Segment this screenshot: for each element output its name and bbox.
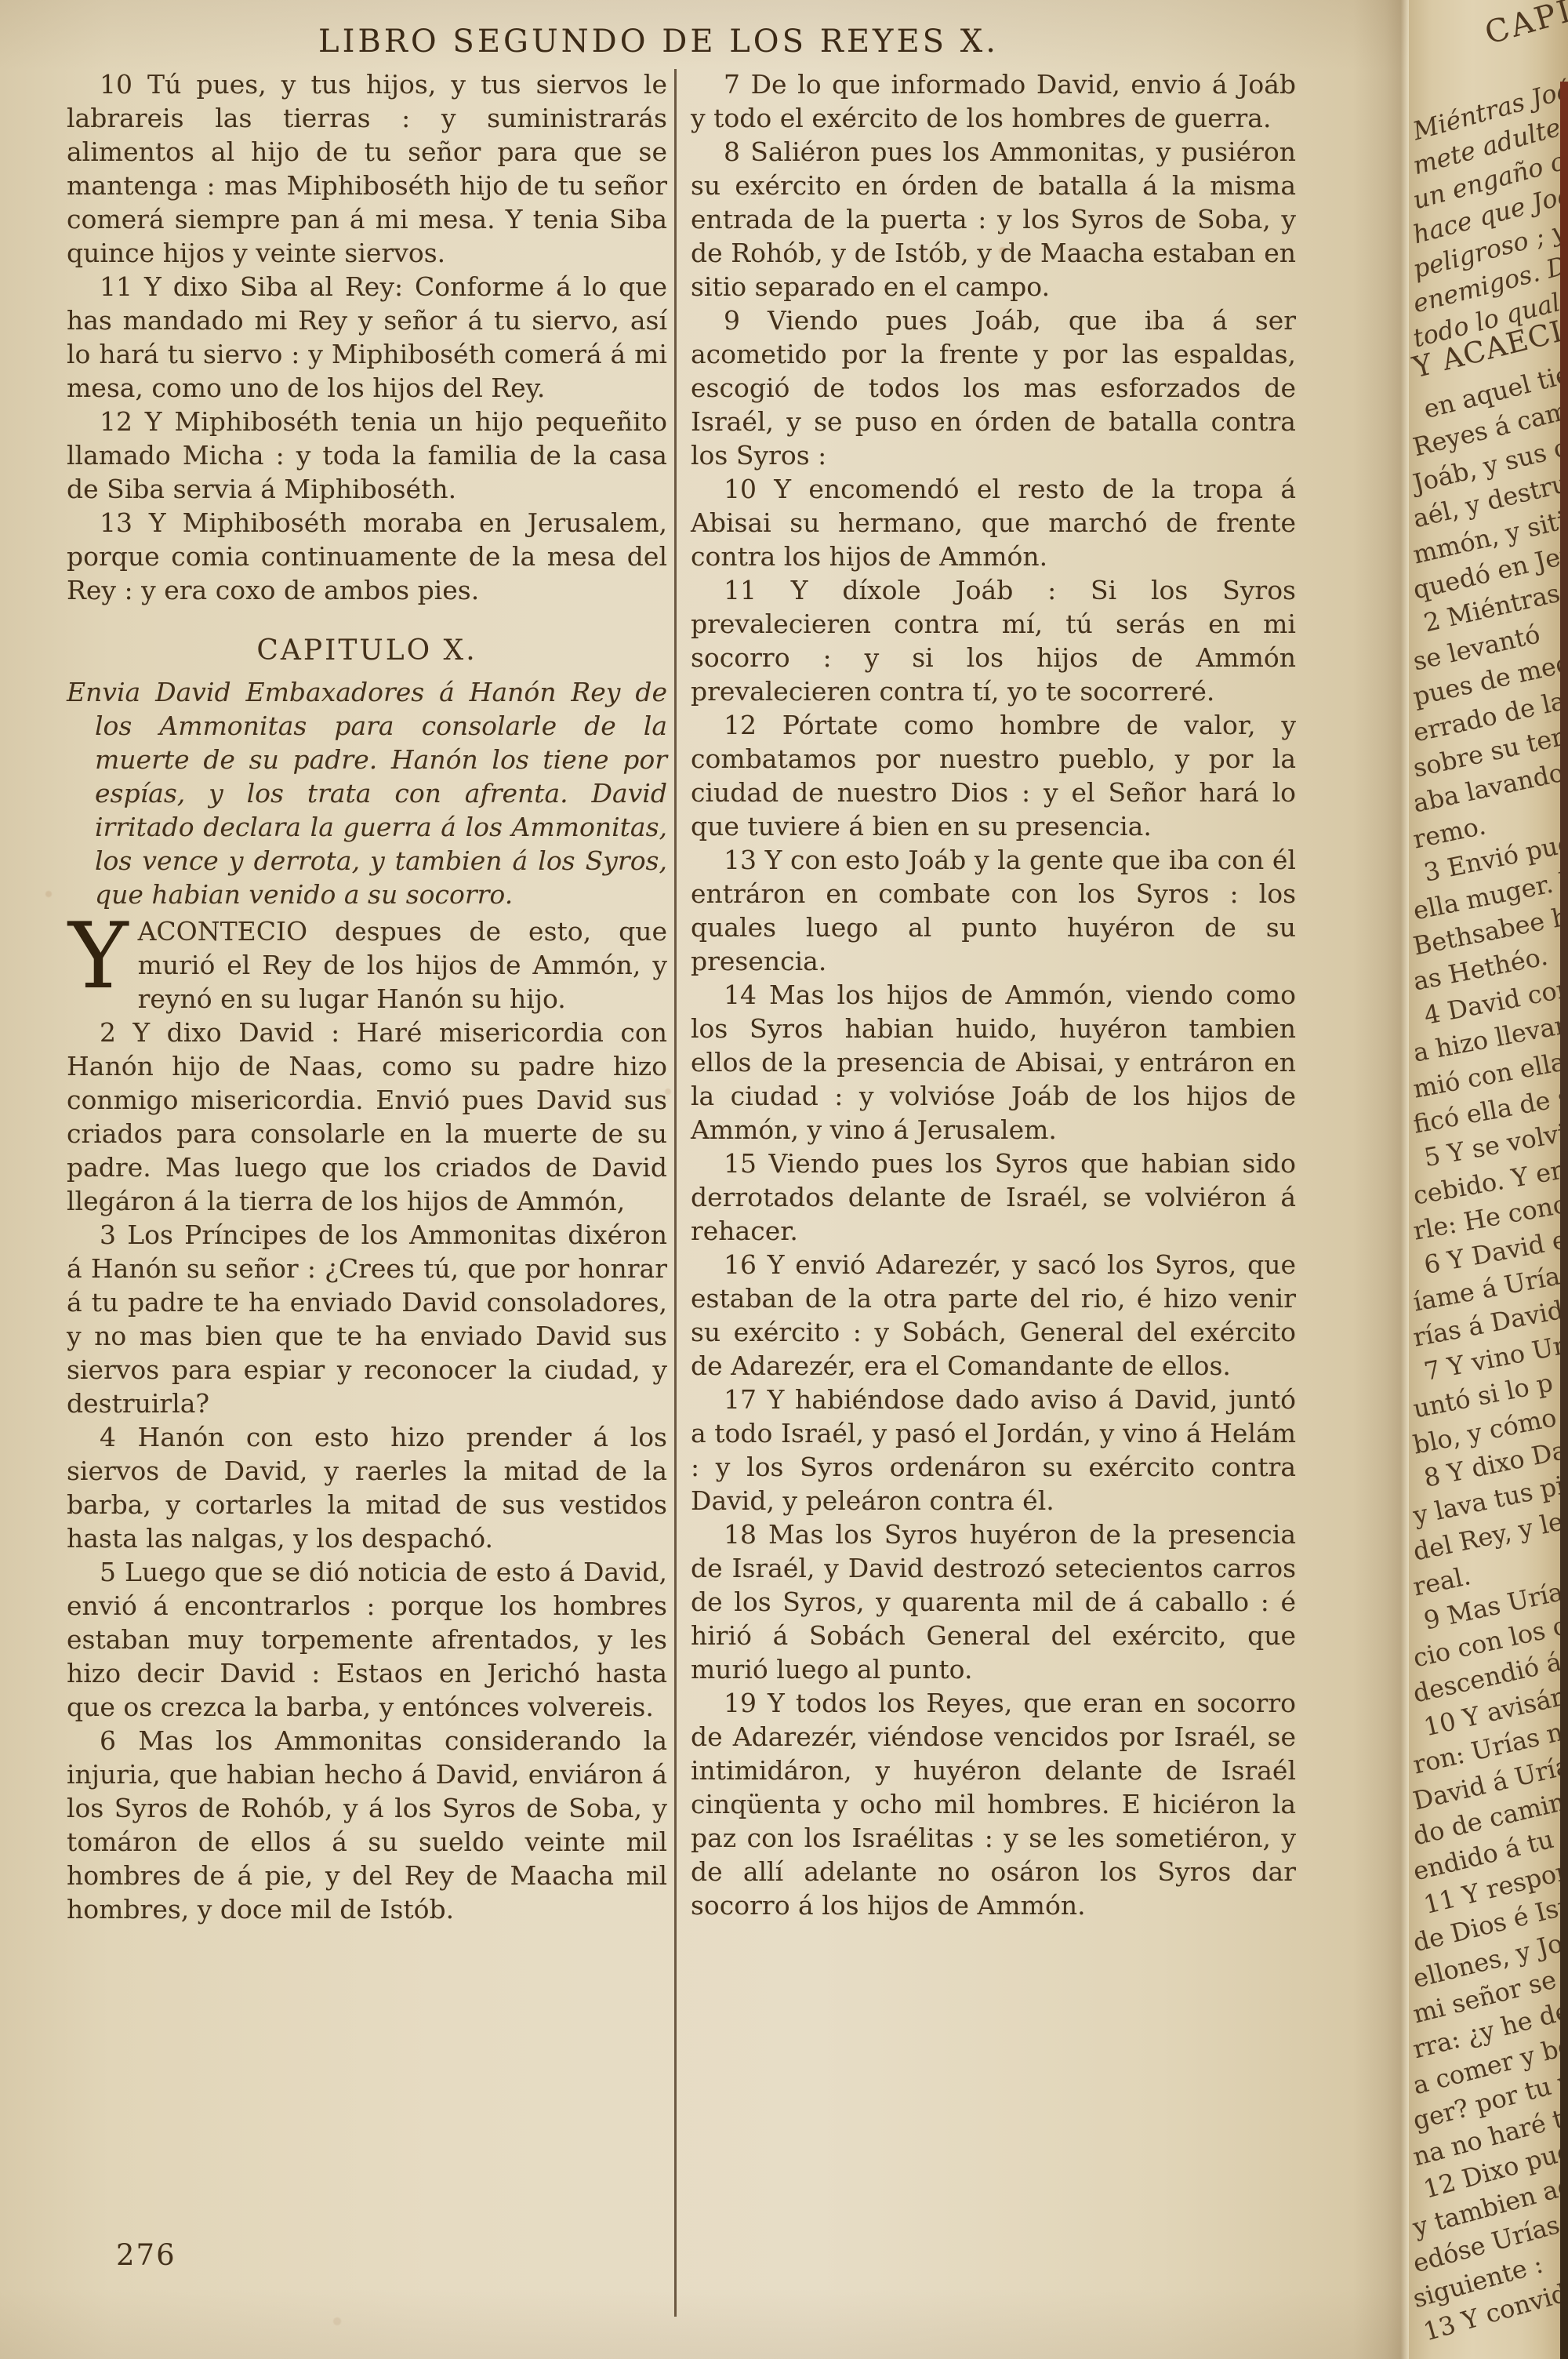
verse-paragraph: 15 Viendo pues los Syros que habian sido… — [691, 1147, 1296, 1248]
edge-text-line: real. — [1410, 1561, 1473, 1601]
text-column-left: 10 Tú pues, y tus hijos, y tus siervos l… — [67, 67, 667, 1926]
verse-paragraph: 13 Y Miphiboséth moraba en Jerusalem, po… — [67, 506, 667, 607]
verse-paragraph: 12 Y Miphiboséth tenia un hijo pequeñito… — [67, 405, 667, 506]
verse-paragraph: 13 Y con esto Joáb y la gente que iba co… — [691, 843, 1296, 978]
verse-paragraph: 8 Saliéron pues los Ammonitas, y pusiéro… — [691, 135, 1296, 304]
verse-paragraph: 14 Mas los hijos de Ammón, viendo como l… — [691, 978, 1296, 1147]
verse-text: ACONTECIO despues de esto, que murió el … — [138, 916, 667, 1014]
book-photo: LIBRO SEGUNDO DE LOS REYES X. 10 Tú pues… — [0, 0, 1568, 2359]
verse-paragraph: 19 Y todos los Reyes, que eran en socorr… — [691, 1686, 1296, 1922]
book-page: LIBRO SEGUNDO DE LOS REYES X. 10 Tú pues… — [0, 0, 1568, 2359]
verse-paragraph: 12 Pórtate como hombre de valor, y comba… — [691, 708, 1296, 843]
verse-paragraph: 10 Tú pues, y tus hijos, y tus siervos l… — [67, 67, 667, 270]
verse-paragraph: 17 Y habiéndose dado aviso á David, junt… — [691, 1383, 1296, 1518]
verse-paragraph: 11 Y dixo Siba al Rey: Conforme á lo que… — [67, 270, 667, 405]
chapter-summary: Envia David Embaxadores á Hanón Rey de l… — [67, 675, 667, 911]
verse-paragraph-dropcap: YACONTECIO despues de esto, que murió el… — [67, 914, 667, 1016]
column-divider-rule — [674, 69, 677, 2317]
verse-paragraph: 3 Los Príncipes de los Ammonitas dixéron… — [67, 1218, 667, 1420]
dropcap-initial: Y — [67, 914, 138, 1013]
verse-paragraph: 11 Y díxole Joáb : Si los Syros prevalec… — [691, 573, 1296, 708]
verse-paragraph: 5 Luego que se dió noticia de esto á Dav… — [67, 1555, 667, 1724]
verse-paragraph: 7 De lo que informado David, envio á Joá… — [691, 67, 1296, 135]
adjacent-page-edge: CAPIMiéntras Joáb sitmete adulterioun en… — [1409, 0, 1568, 2359]
running-header: LIBRO SEGUNDO DE LOS REYES X. — [47, 24, 1270, 60]
verse-paragraph: 4 Hanón con esto hizo prender á los sier… — [67, 1420, 667, 1555]
verse-paragraph: 16 Y envió Adarezér, y sacó los Syros, q… — [691, 1248, 1296, 1383]
verse-paragraph: 2 Y dixo David : Haré misericordia con H… — [67, 1016, 667, 1218]
verse-paragraph: 18 Mas los Syros huyéron de la presencia… — [691, 1518, 1296, 1686]
text-column-right: 7 De lo que informado David, envio á Joá… — [691, 67, 1296, 1922]
verse-paragraph: 6 Mas los Ammonitas considerando la inju… — [67, 1724, 667, 1926]
verse-paragraph: 10 Y encomendó el resto de la tropa á Ab… — [691, 472, 1296, 573]
page-number: 276 — [116, 2238, 176, 2272]
chapter-heading: CAPITULO X. — [67, 634, 667, 667]
verse-paragraph: 9 Viendo pues Joáb, que iba á ser acomet… — [691, 304, 1296, 472]
edge-text-line: CAPI — [1410, 0, 1568, 68]
book-cover-edge — [1560, 82, 1568, 2359]
